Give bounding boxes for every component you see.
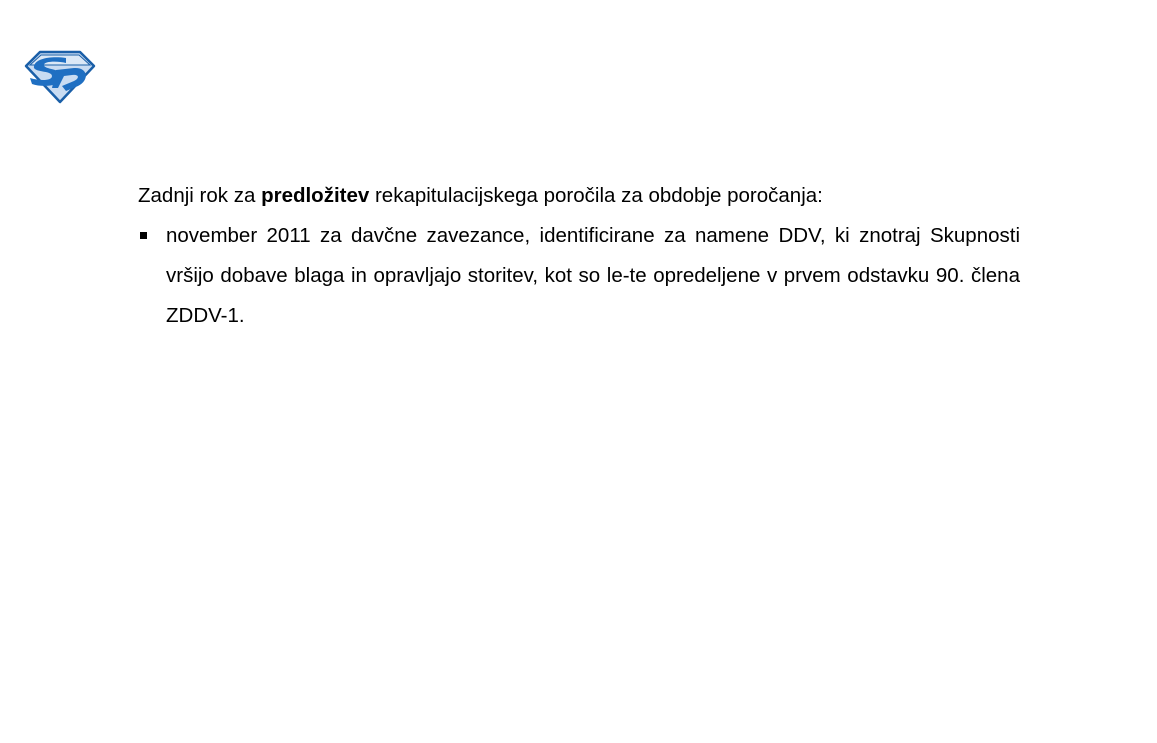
square-bullet-icon [140,232,147,239]
intro-text-after: rekapitulacijskega poročila za obdobje p… [369,184,823,207]
intro-text-before: Zadnji rok za [138,184,261,207]
intro-paragraph: Zadnji rok za predložitev rekapitulacijs… [138,176,1020,216]
sd-shield-logo-icon [22,48,96,104]
company-logo [22,48,96,104]
document-body: Zadnji rok za predložitev rekapitulacijs… [138,176,1020,336]
list-item: november 2011 za davčne zavezance, ident… [138,216,1020,336]
bullet-list: november 2011 za davčne zavezance, ident… [138,216,1020,336]
intro-bold-term: predložitev [261,184,369,207]
bullet-text: november 2011 za davčne zavezance, ident… [166,224,1020,327]
